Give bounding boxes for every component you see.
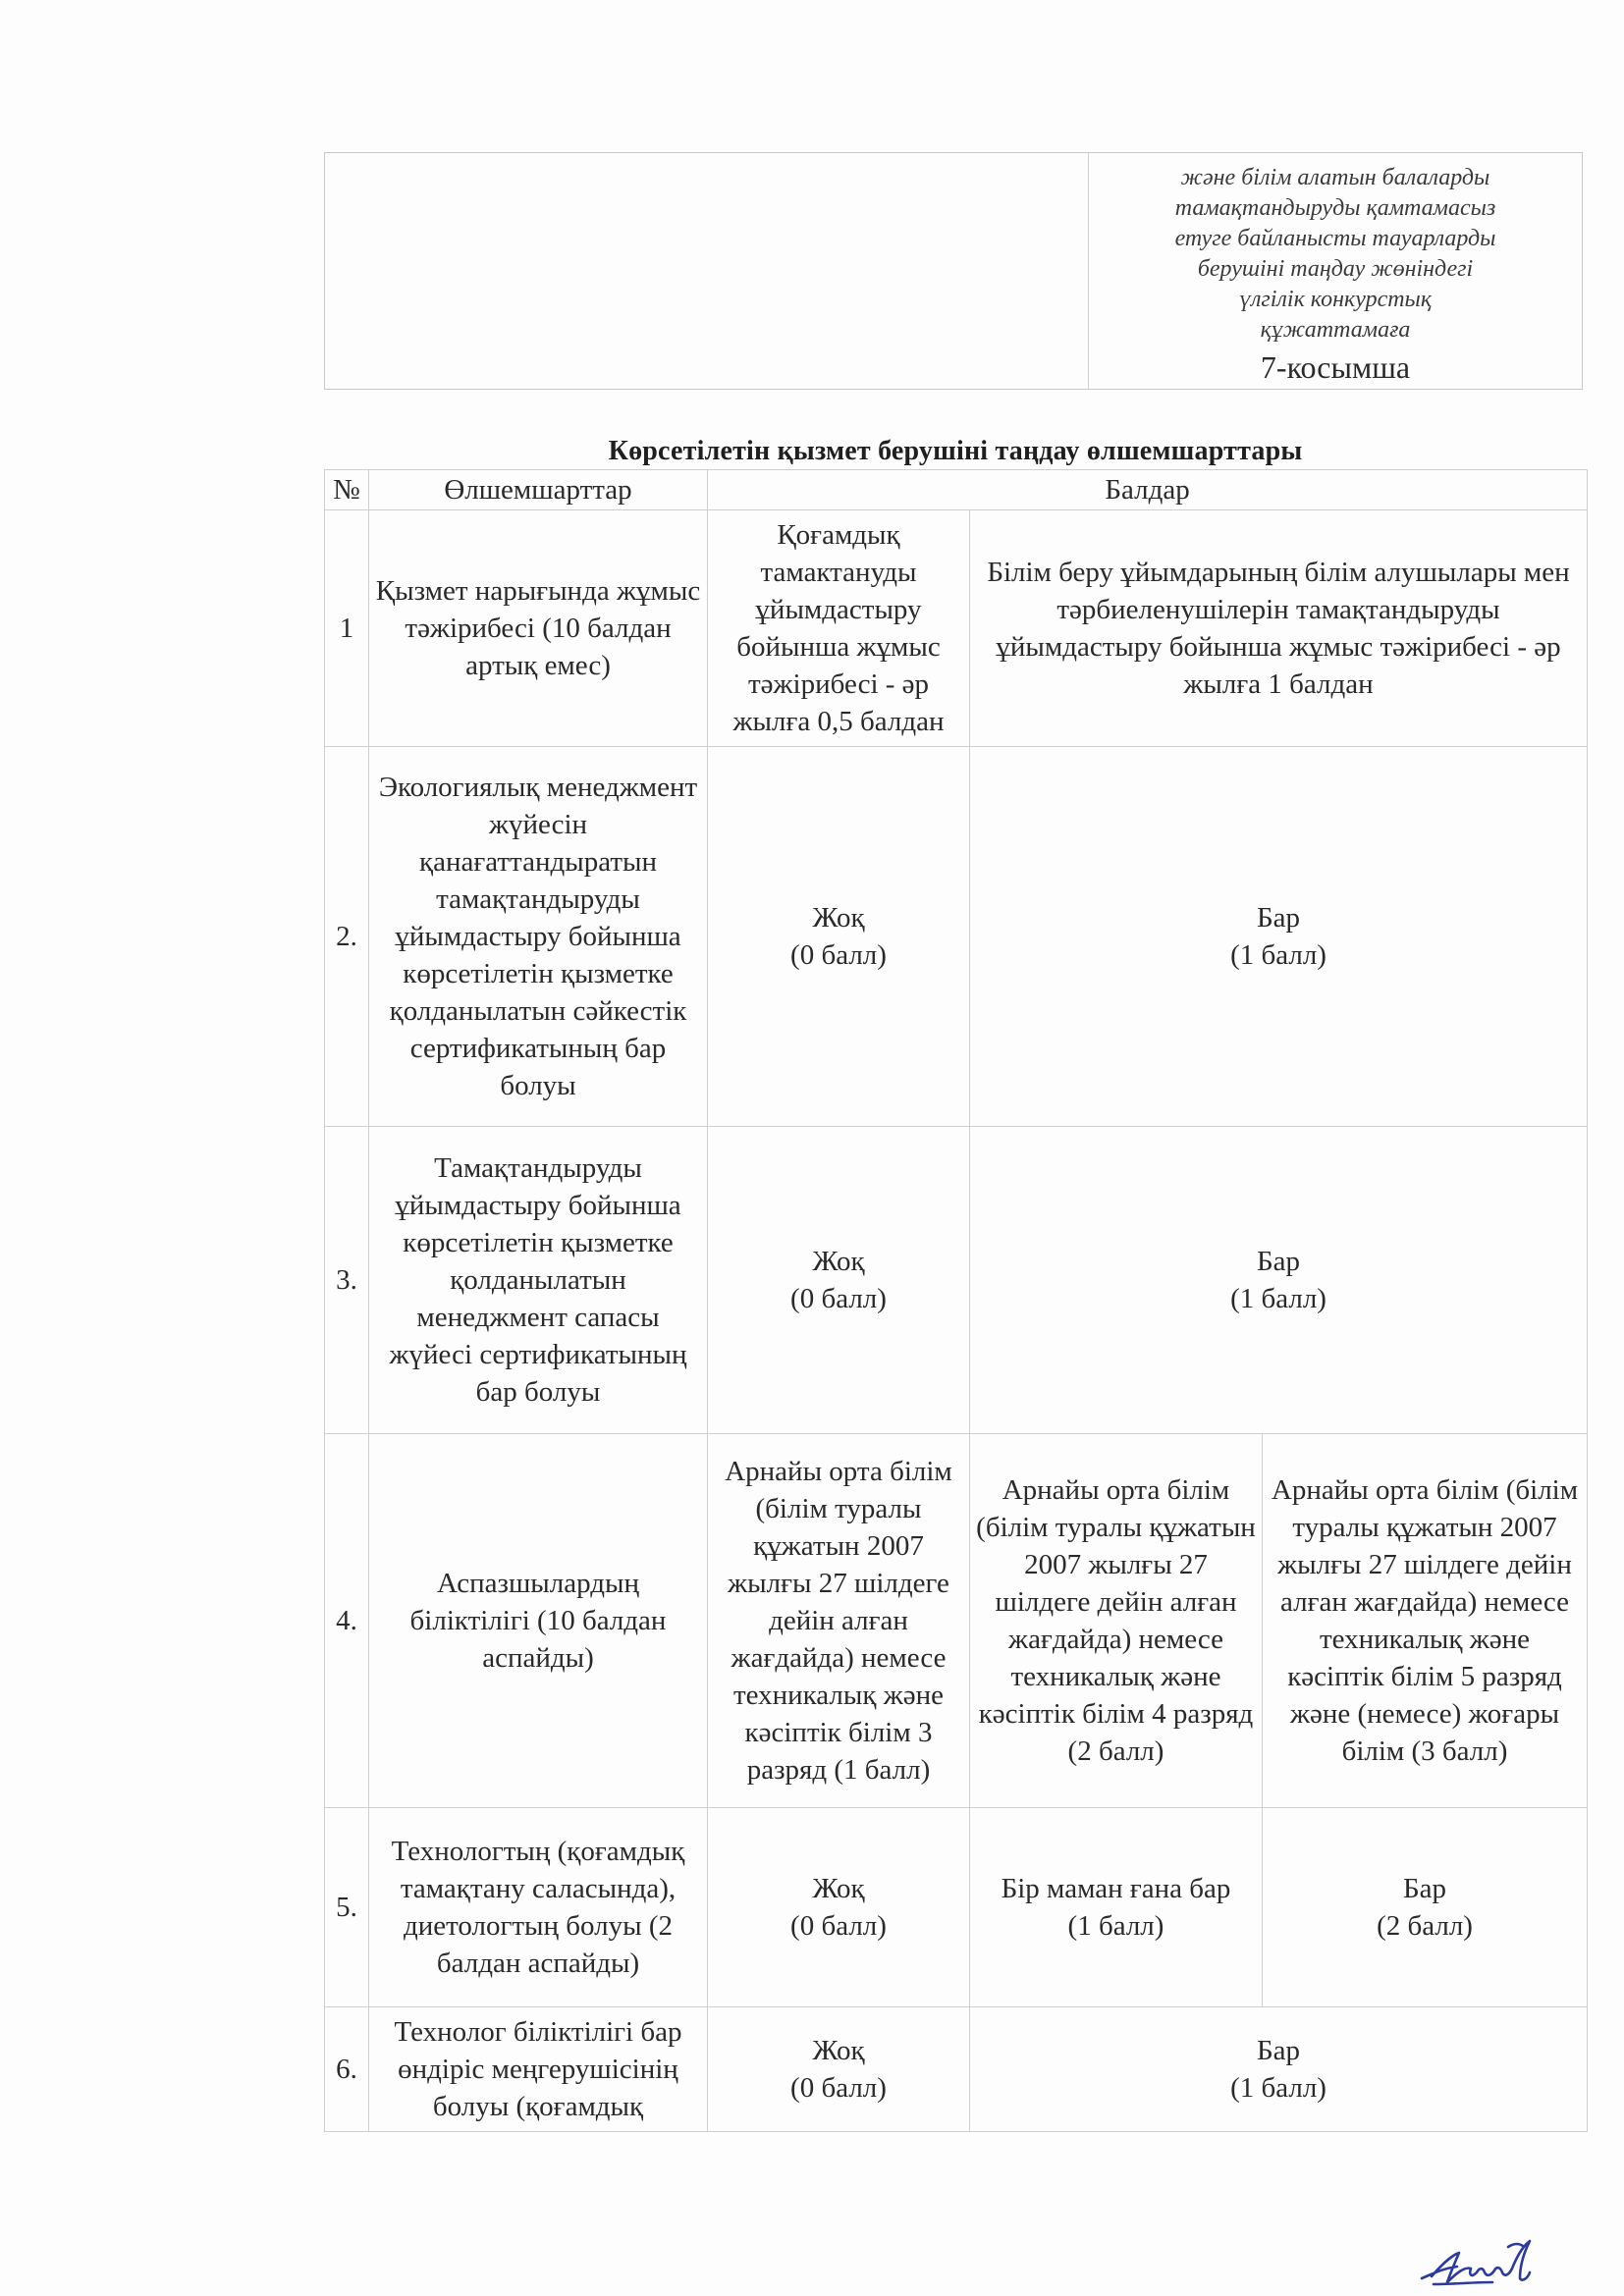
- table-row: 1 Қызмет нарығында жұмыс тәжірибесі (10 …: [325, 510, 1588, 747]
- table-row: 2. Экологиялық менеджмент жүйесін қанаға…: [325, 747, 1588, 1127]
- points-label: Бар: [976, 899, 1581, 936]
- points-cell: Жоқ (0 балл): [708, 1808, 970, 2007]
- points-cell: Бар (1 балл): [970, 747, 1588, 1127]
- points-cell: Бір маман ғана бар (1 балл): [970, 1808, 1263, 2007]
- criterion-cell: Технолог біліктілігі бар өндіріс меңгеру…: [369, 2007, 708, 2132]
- points-label: Жоқ: [714, 2032, 963, 2069]
- row-number: 2.: [325, 747, 369, 1127]
- header-criteria: Өлшемшарттар: [369, 470, 708, 510]
- points-score: (1 балл): [976, 1280, 1581, 1317]
- row-number: 5.: [325, 1808, 369, 2007]
- annex-empty-cell: [325, 153, 1089, 389]
- points-cell: Білім беру ұйымдарының білім алушылары м…: [970, 510, 1588, 747]
- points-cell: Бар (2 балл): [1263, 1808, 1588, 2007]
- points-cell: Жоқ (0 балл): [708, 2007, 970, 2132]
- points-label: Жоқ: [714, 1243, 963, 1280]
- points-cell: Арнайы орта білім (білім туралы құжатын …: [970, 1434, 1263, 1808]
- points-label: Жоқ: [714, 899, 963, 936]
- points-score: (0 балл): [714, 936, 963, 974]
- annex-line: тамақтандыруды қамтамасыз: [1089, 193, 1582, 224]
- points-label: Бар: [976, 1243, 1581, 1280]
- points-score: (0 балл): [714, 1907, 963, 1945]
- points-score: (1 балл): [976, 2069, 1581, 2107]
- annex-reference: және білім алатын балаларды тамақтандыру…: [1089, 153, 1582, 389]
- points-label: Жоқ: [714, 1870, 963, 1907]
- points-cell: Бар (1 балл): [970, 2007, 1588, 2132]
- handwritten-signature-icon: [1414, 2233, 1561, 2292]
- row-number: 4.: [325, 1434, 369, 1808]
- annex-line: құжаттамаға: [1089, 315, 1582, 346]
- table-header-row: № Өлшемшарттар Балдар: [325, 470, 1588, 510]
- annex-line: және білім алатын балаларды: [1089, 163, 1582, 193]
- row-number: 6.: [325, 2007, 369, 2132]
- points-score: (2 балл): [1269, 1907, 1581, 1945]
- row-number: 3.: [325, 1127, 369, 1434]
- points-cell: Арнайы орта білім (білім туралы құжатын …: [708, 1434, 970, 1808]
- points-cell: Бар (1 балл): [970, 1127, 1588, 1434]
- table-row: 6. Технолог біліктілігі бар өндіріс меңг…: [325, 2007, 1588, 2132]
- points-cell: Қоғамдық тамактануды ұйымдастыру бойынша…: [708, 510, 970, 747]
- row-number: 1: [325, 510, 369, 747]
- document-page: және білім алатын балаларды тамақтандыру…: [0, 0, 1624, 2296]
- points-score: (0 балл): [714, 2069, 963, 2107]
- points-label: Бар: [976, 2032, 1581, 2069]
- criterion-cell: Қызмет нарығында жұмыс тәжірибесі (10 ба…: [369, 510, 708, 747]
- table-row: 5. Технологтың (қоғамдық тамақтану салас…: [325, 1808, 1588, 2007]
- annex-line: үлгілік конкурстық: [1089, 285, 1582, 315]
- annex-header-box: және білім алатын балаларды тамақтандыру…: [324, 152, 1583, 390]
- points-cell: Жоқ (0 балл): [708, 747, 970, 1127]
- table-row: 3. Тамақтандыруды ұйымдастыру бойынша кө…: [325, 1127, 1588, 1434]
- criterion-cell: Экологиялық менеджмент жүйесін қанағатта…: [369, 747, 708, 1127]
- criterion-cell: Аспазшылардың біліктілігі (10 балдан асп…: [369, 1434, 708, 1808]
- page-title: Көрсетілетін қызмет берушіні таңдау өлше…: [324, 432, 1587, 471]
- points-score: (0 балл): [714, 1280, 963, 1317]
- annex-line: етуге байланысты тауарларды: [1089, 224, 1582, 254]
- table-row: 4. Аспазшылардың біліктілігі (10 балдан …: [325, 1434, 1588, 1808]
- points-cell: Жоқ (0 балл): [708, 1127, 970, 1434]
- criteria-table: № Өлшемшарттар Балдар 1 Қызмет нарығында…: [324, 469, 1588, 2132]
- points-score: (1 балл): [976, 1907, 1256, 1945]
- points-cell: Арнайы орта білім (білім туралы құжатын …: [1263, 1434, 1588, 1808]
- criterion-cell: Тамақтандыруды ұйымдастыру бойынша көрсе…: [369, 1127, 708, 1434]
- header-points: Балдар: [708, 470, 1588, 510]
- annex-line: берушіні таңдау жөніндегі: [1089, 254, 1582, 285]
- points-label: Бар: [1269, 1870, 1581, 1907]
- header-number: №: [325, 470, 369, 510]
- points-score: (1 балл): [976, 936, 1581, 974]
- annex-number: 7-косымша: [1089, 347, 1582, 387]
- criterion-cell: Технологтың (қоғамдық тамақтану саласынд…: [369, 1808, 708, 2007]
- points-label: Бір маман ғана бар: [976, 1870, 1256, 1907]
